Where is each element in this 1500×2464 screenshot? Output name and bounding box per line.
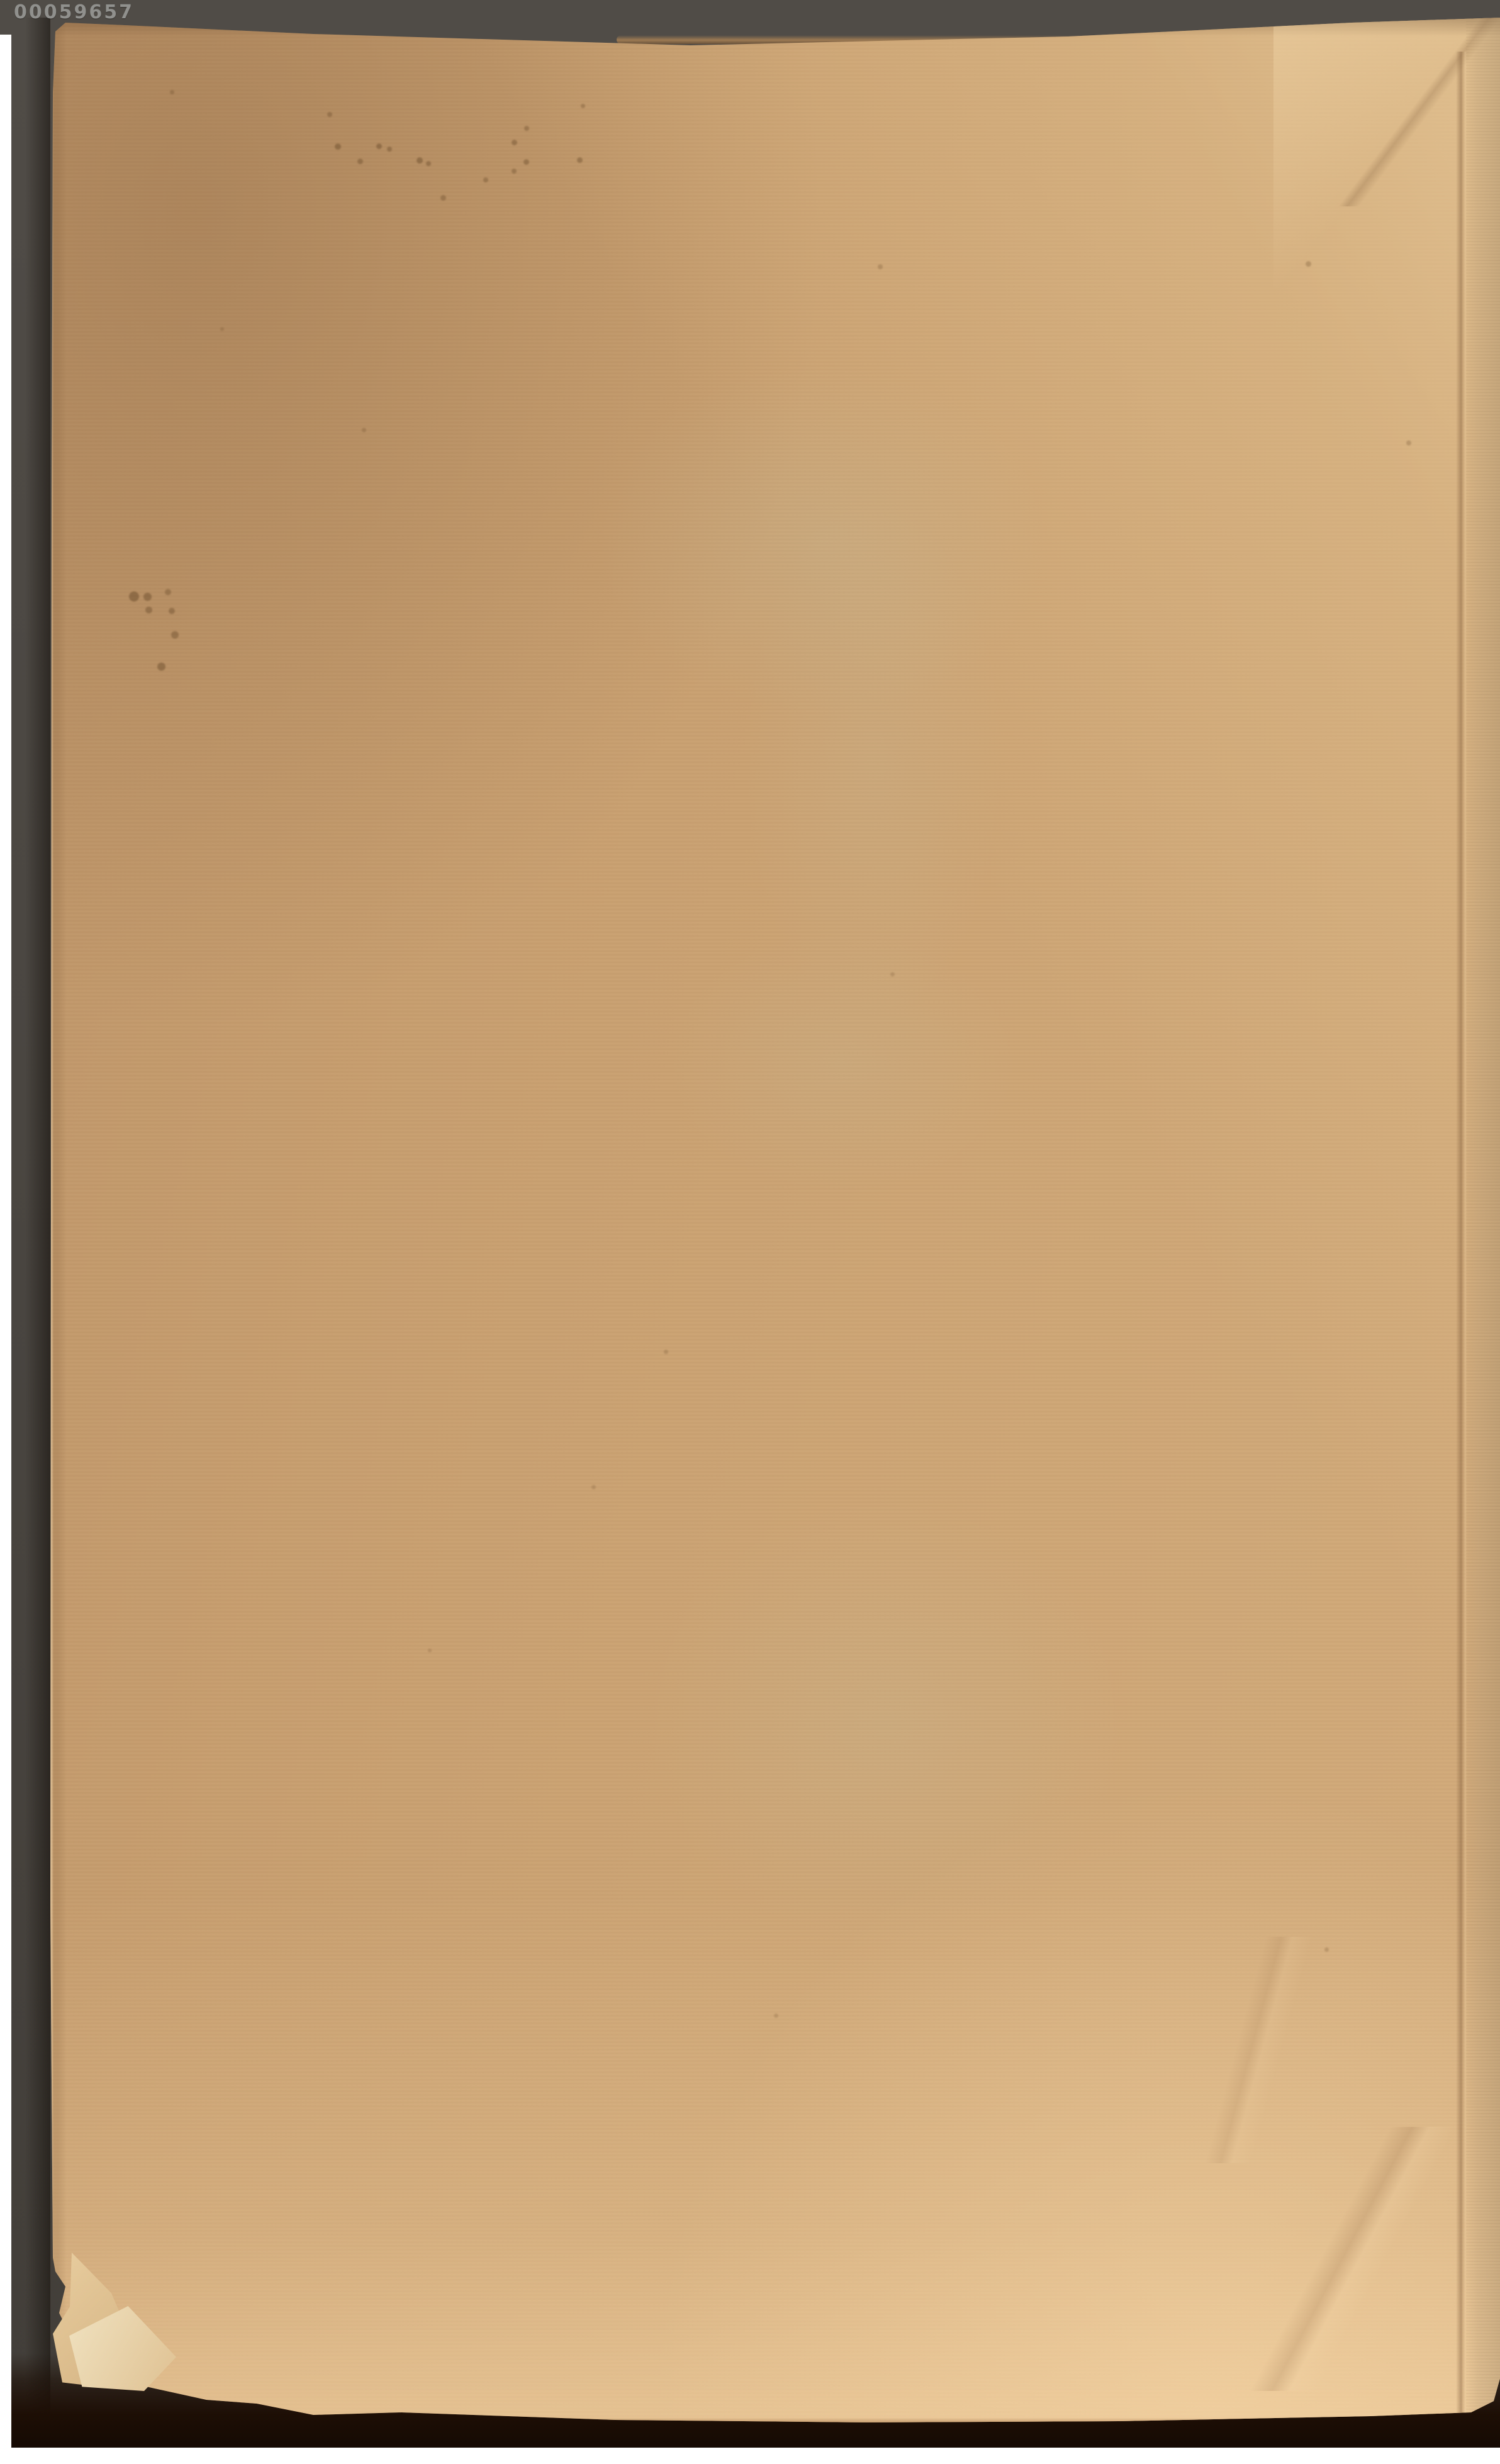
foxing-speck xyxy=(890,972,895,977)
foxing-speck xyxy=(165,589,171,595)
foxing-speck xyxy=(129,591,139,602)
blank-book-page xyxy=(49,18,1500,2422)
foxing-speck xyxy=(483,177,488,182)
foxing-speck xyxy=(523,159,529,165)
foxing-speck xyxy=(577,157,583,163)
foxing-speck xyxy=(145,607,152,613)
foxing-speck xyxy=(664,1350,668,1354)
foxing-speck xyxy=(170,90,174,94)
foxing-speck xyxy=(878,264,883,269)
foxing-speck xyxy=(428,1649,432,1652)
foxing-speck xyxy=(417,157,423,164)
foxing-speck xyxy=(220,327,224,331)
foxing-speck xyxy=(362,428,366,432)
foxing-speck xyxy=(440,195,446,201)
foxing-speck xyxy=(591,1485,596,1489)
foxing-speck xyxy=(512,169,517,174)
foxing-speck xyxy=(1324,1947,1329,1952)
foxing-speck xyxy=(169,608,175,614)
foxing-speck xyxy=(1306,261,1311,267)
scan-id-label: 00059657 xyxy=(14,1,134,23)
foxing-speck xyxy=(171,631,179,639)
foxing-speck xyxy=(387,147,392,152)
scan-border-bottom xyxy=(0,2448,1500,2464)
foxing-speck xyxy=(376,143,382,149)
foxing-speck xyxy=(524,126,529,131)
foxing-speck xyxy=(512,140,517,145)
foxing-speck xyxy=(426,161,431,166)
foxing-stains-layer xyxy=(0,0,1500,2464)
foxing-speck xyxy=(335,143,341,150)
foxing-speck xyxy=(581,104,585,108)
foxing-speck xyxy=(143,593,152,601)
book-scan-photo: 00059657 xyxy=(0,0,1500,2464)
foxing-speck xyxy=(157,663,165,671)
foxing-speck xyxy=(774,2013,778,2018)
page-left-cast-shadow xyxy=(25,18,50,2428)
foxing-speck xyxy=(327,112,332,117)
scan-border-left xyxy=(0,35,11,2464)
foxing-speck xyxy=(1406,440,1411,445)
foxing-speck xyxy=(357,159,363,164)
